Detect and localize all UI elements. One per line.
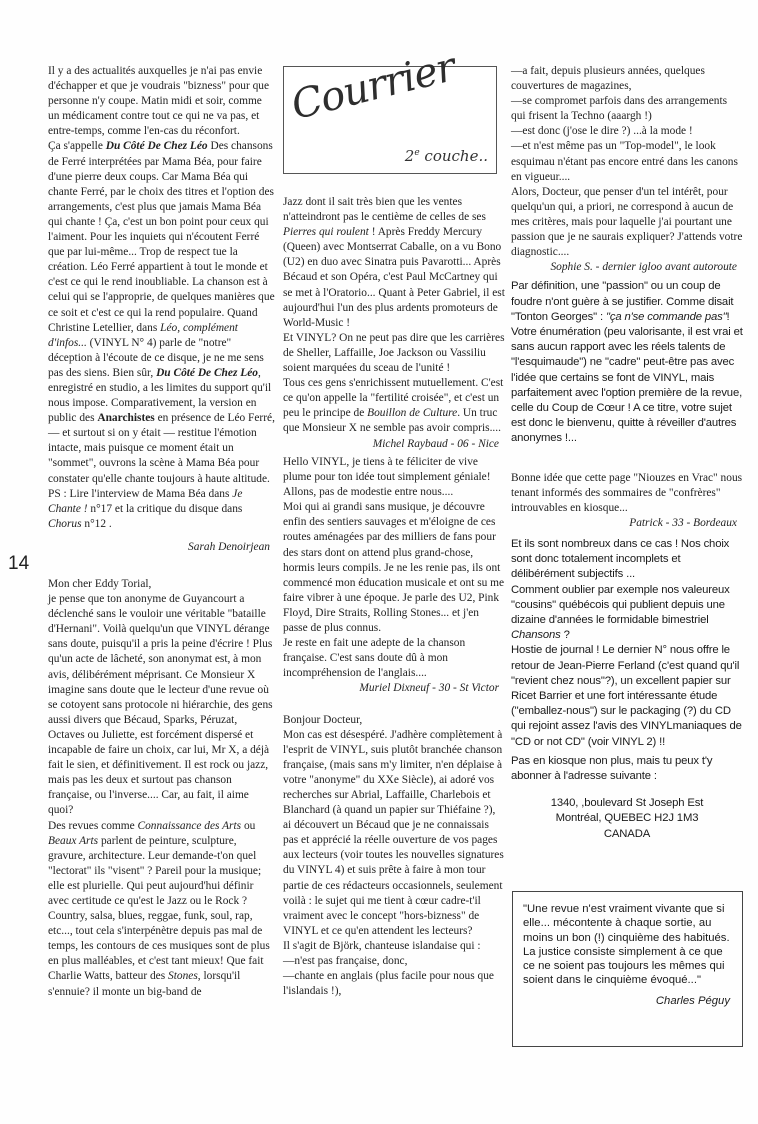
paragraph: Alors, Docteur, que penser d'un tel inté… [511,185,743,260]
postal-address: 1340, ,boulevard St Joseph Est Montréal,… [511,796,743,842]
signature: Sarah Denoirjean [48,540,276,555]
album-title: Du Côté De Chez Léo [156,367,258,379]
text: n°17 et la critique du disque dans [88,503,243,515]
masthead-box: Courrier 2e couche.. [283,66,497,174]
quote-text: "Une revue n'est vraiment vivante que si… [523,902,734,945]
paragraph: Il y a des actualités auxquelles je n'ai… [48,64,276,139]
letter-michel: Mon cher Eddy Torial, je pense que ton a… [48,577,276,1000]
letter-patrick: Bonne idée que cette page "Niouzes en Vr… [511,471,743,842]
band-ref: Stones [168,970,198,982]
quote-box: "Une revue n'est vraiment vivante que si… [512,891,743,1047]
text: 2 [405,147,415,165]
text: ou [241,820,255,832]
text: couche.. [420,147,488,165]
list-item: —et n'est même pas un "Top-model", le lo… [511,139,743,184]
paragraph: Des revues comme Connaissance des Arts o… [48,819,276,1000]
paragraph: Ça s'appelle Du Côté De Chez Léo Des cha… [48,139,276,486]
text: ! Après Freddy Mercury (Queen) avec Mont… [283,226,505,329]
text: ? [561,629,570,641]
salutation: Mon cher Eddy Torial, [48,577,276,592]
magazine-ref: Chorus [48,518,82,530]
paragraph: Tous ces gens s'enrichissent mutuellemen… [283,376,505,436]
page-number: 14 [8,553,29,575]
column-2: Hello VINYL, je tiens à te féliciter de … [283,455,505,999]
list-item: —n'est pas française, donc, [283,954,505,969]
address-line: CANADA [511,827,743,842]
list-item: —a fait, depuis plusieurs années, quelqu… [511,64,743,94]
signature: Sophie S. - dernier igloo avant autorout… [511,260,743,275]
editor-reply: Et ils sont nombreux dans ce cas ! Nos c… [511,537,743,842]
quote-author: Charles Péguy [523,994,734,1008]
list-item: —est donc (j'ose le dire ?) ...à la mode… [511,124,743,139]
text: Des revues comme [48,820,138,832]
letter-sophie: Bonjour Docteur, Mon cas est désespéré. … [283,713,505,1000]
column-3: —a fait, depuis plusieurs années, quelqu… [511,64,743,842]
column-1: Il y a des actualités auxquelles je n'ai… [48,64,276,1000]
quote: "ça n'se commande pas" [606,311,727,323]
signature: Patrick - 33 - Bordeaux [511,516,743,531]
album-ref: Pierres qui roulent [283,226,369,238]
paragraph: Et ils sont nombreux dans ce cas ! Nos c… [511,537,743,583]
postscript: PS : Lire l'interview de Mama Béa dans J… [48,487,276,532]
list-item: —se compromet parfois dans des arrangeme… [511,94,743,124]
paragraph: Comment oublier par exemple nos valeureu… [511,583,743,644]
paragraph: Je reste en fait une adepte de la chanso… [283,636,505,681]
address-line: 1340, ,boulevard St Joseph Est [511,796,743,811]
paragraph: Mon cas est désespéré. J'adhère complète… [283,728,505,939]
address-line: Montréal, QUEBEC H2J 1M3 [511,811,743,826]
magazine-ref: Chansons [511,629,561,641]
magazine-ref: Beaux Arts [48,835,98,847]
text: parlent de peinture, sculpture, gravure,… [48,835,270,983]
salutation: Bonjour Docteur, [283,713,505,728]
letter-muriel: Hello VINYL, je tiens à te féliciter de … [283,455,505,697]
letter-sarah: Il y a des actualités auxquelles je n'ai… [48,64,276,555]
paragraph: Bonne idée que cette page "Niouzes en Vr… [511,471,743,516]
list-item: —chante en anglais (plus facile pour nou… [283,969,505,999]
text: PS : Lire l'interview de Mama Béa dans [48,488,232,500]
masthead-title: Courrier [287,44,459,129]
paragraph: Hostie de journal ! Le dernier N° nous o… [511,643,743,749]
masthead-subtitle: 2e couche.. [405,147,488,165]
signature: Michel Raybaud - 06 - Nice [283,437,505,452]
magazine-ref: Connaissance des Arts [138,820,242,832]
text: Ça s'appelle [48,140,106,152]
paragraph: Moi qui ai grandi sans musique, je décou… [283,500,505,636]
text: n°12 . [82,518,112,530]
quote-text: La justice consiste simplement à ce que … [523,945,734,988]
magazine-page: 14 Il y a des actualités auxquelles je n… [0,0,758,1124]
text: Des chansons de Ferré interprétées par M… [48,140,275,333]
paragraph: Il s'agit de Björk, chanteuse islandaise… [283,939,505,954]
text: Comment oublier par exemple nos valeureu… [511,584,730,626]
column-2-top: Jazz dont il sait très bien que les vent… [283,195,505,452]
show-ref: Bouillon de Culture [367,407,457,419]
paragraph: Et VINYL? On ne peut pas dire que les ca… [283,331,505,376]
song-title: Anarchistes [97,412,154,424]
letter-sophie-cont: —a fait, depuis plusieurs années, quelqu… [511,64,743,447]
paragraph: Pas en kiosque non plus, mais tu peux t'… [511,754,743,784]
signature: Muriel Dixneuf - 30 - St Victor [283,681,505,696]
editor-reply: Par définition, une "passion" ou un coup… [511,279,743,446]
album-title: Du Côté De Chez Léo [106,140,208,152]
text: Jazz dont il sait très bien que les vent… [283,196,486,223]
text: ! Votre énumération (peu valorisante, il… [511,311,743,445]
paragraph: Hello VINYL, je tiens à te féliciter de … [283,455,505,500]
paragraph: Jazz dont il sait très bien que les vent… [283,195,505,331]
paragraph: je pense que ton anonyme de Guyancourt a… [48,592,276,818]
